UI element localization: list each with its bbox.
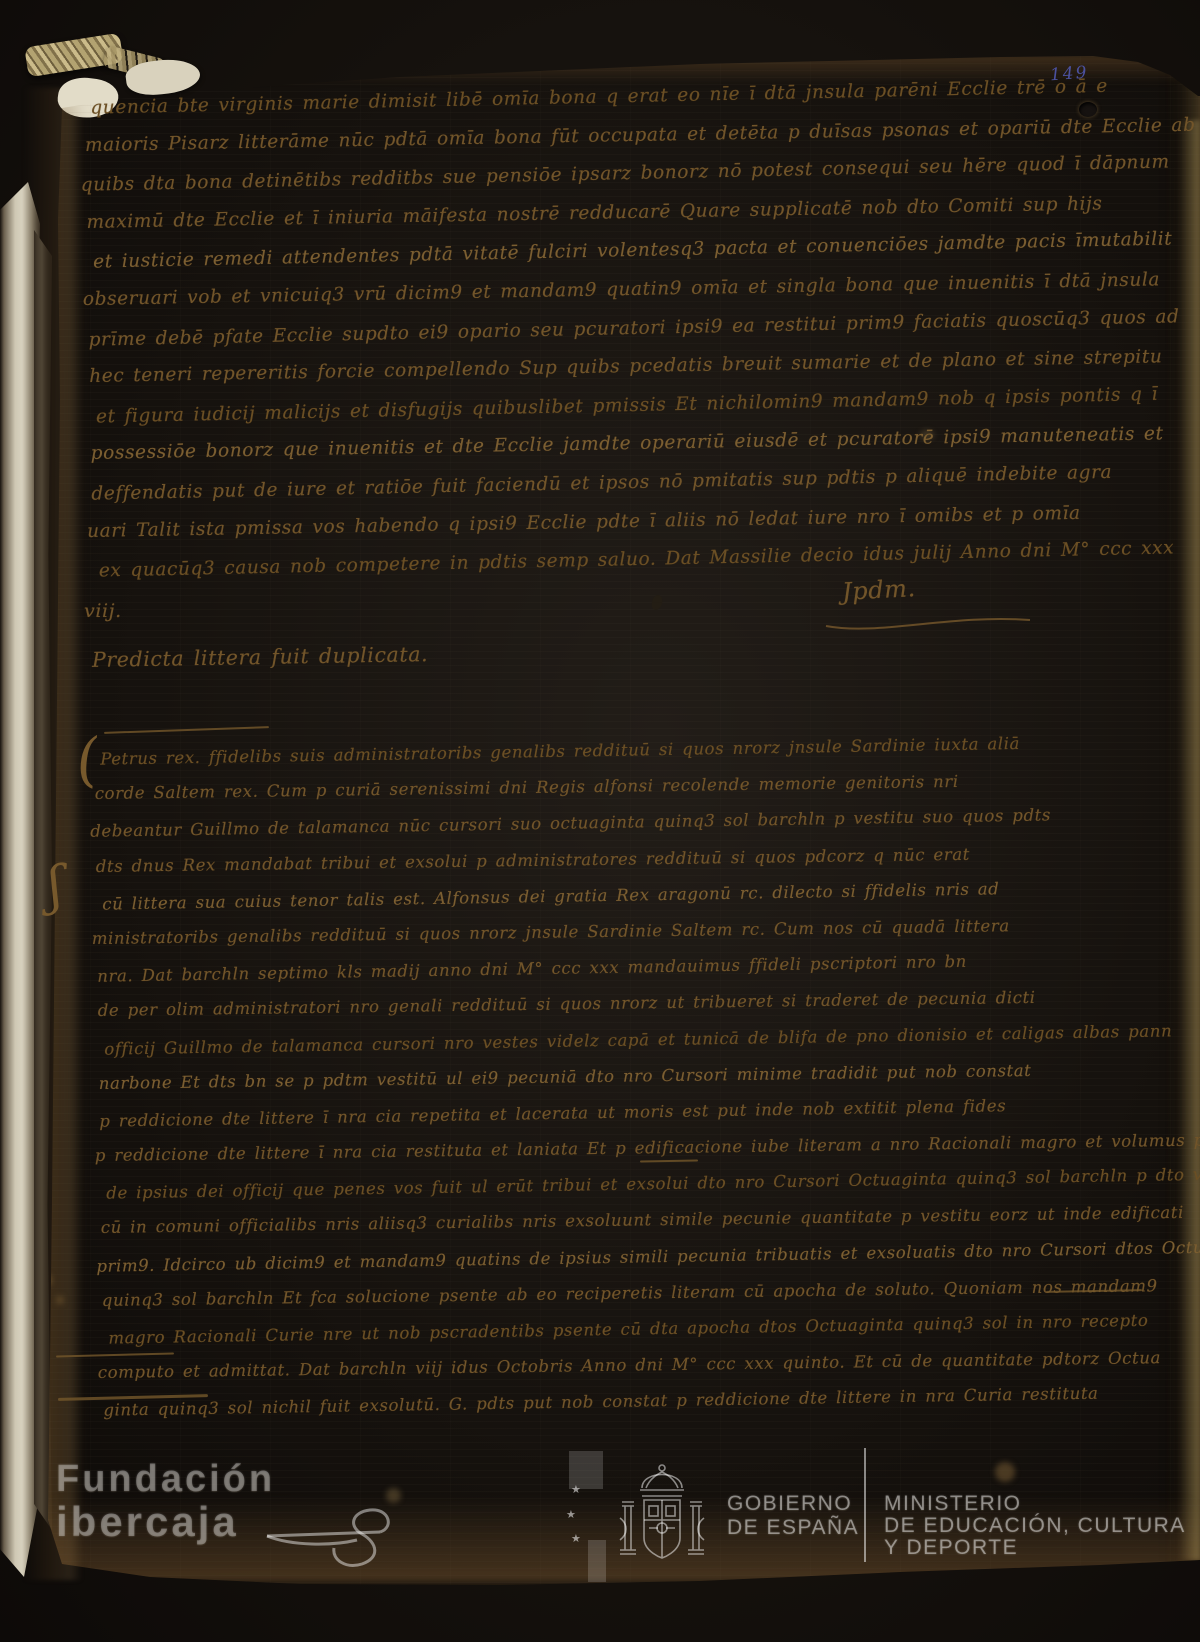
worm-hole (1079, 102, 1097, 117)
watermark-ministerio-line1: MINISTERIO (884, 1492, 1022, 1516)
letter-two-block: Petrus rex. ffidelibs suis administrator… (94, 725, 1200, 1428)
year-carryover: viij. (84, 600, 122, 622)
watermark-fundacion-line1: Fundación (56, 1458, 275, 1501)
watermark-divider (864, 1448, 866, 1562)
eu-star-icon: ★ (566, 1508, 576, 1521)
watermark-fundacion-line2: ibercaja (56, 1498, 239, 1546)
watermark-ministerio-line2: DE EDUCACIÓN, CULTURA (884, 1514, 1186, 1538)
stain-spot (56, 1296, 64, 1304)
watermark-gobierno-line1: GOBIERNO (727, 1492, 852, 1516)
watermark-ministerio-line3: Y DEPORTE (884, 1536, 1018, 1560)
watermark-ibercaja-swan-logo (262, 1488, 397, 1573)
watermark-eu-flag-fragment (588, 1540, 606, 1582)
eu-star-icon: ★ (571, 1532, 581, 1545)
watermark-gobierno-line2: DE ESPAÑA (727, 1516, 859, 1540)
letter-one-block: quencia bte virginis marie dimisit libē … (84, 68, 1193, 590)
watermark-spain-coat-of-arms (608, 1458, 716, 1576)
eu-star-icon: ★ (571, 1483, 581, 1496)
signature-flourish (820, 596, 1040, 636)
stain-spot (995, 1462, 1015, 1482)
manuscript-photo: 149 quencia bte virginis marie dimisit l… (0, 0, 1200, 1642)
